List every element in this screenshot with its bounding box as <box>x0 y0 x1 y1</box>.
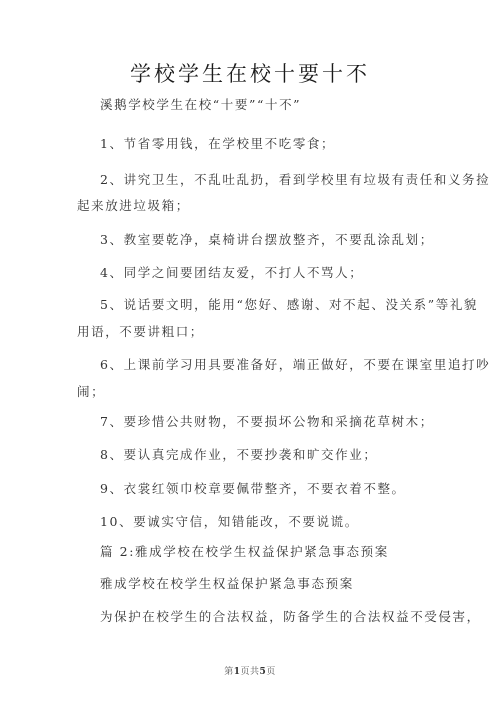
footer-suffix: 页 <box>266 667 276 677</box>
section2-heading: 篇 2:雅成学校在校学生权益保护紧急事态预案 <box>100 543 389 561</box>
list-item-3: 3、教室要乾净，桌椅讲台摆放整齐，不要乱涂乱划； <box>100 231 434 249</box>
footer-middle: 页共 <box>240 667 259 677</box>
list-item-4: 4、同学之间要团结友爱，不打人不骂人； <box>100 264 363 282</box>
section2-paragraph: 为保护在校学生的合法权益，防备学生的合法权益不受侵害， <box>100 608 481 626</box>
list-item-10: 10、要诚实守信，知错能改，不要说谎。 <box>100 513 359 531</box>
list-item-5: 5、说话要文明，能用“您好、感谢、对不起、没关系”等礼貌 <box>100 296 478 314</box>
list-item-5-continued: 用语，不要讲粗口； <box>77 323 204 341</box>
page-footer: 第1页共5页 <box>0 664 500 677</box>
list-item-7: 7、要珍惜公共财物，不要损坏公物和采摘花草树木； <box>100 413 434 431</box>
list-item-6: 6、上课前学习用具要准备好，端正做好，不要在课室里追打吵 <box>100 356 490 374</box>
list-item-6-continued: 闹； <box>77 383 105 401</box>
document-title: 学校学生在校十要十不 <box>0 59 500 89</box>
footer-prefix: 第 <box>224 667 234 677</box>
list-item-1: 1、节省零用钱，在学校里不吃零食； <box>100 135 335 153</box>
list-item-2-continued: 起来放进垃圾箱； <box>77 197 190 215</box>
list-item-9: 9、衣裳红领巾校章要佩带整齐，不要衣着不整。 <box>100 480 406 498</box>
list-item-8: 8、要认真完成作业，不要抄袭和旷交作业； <box>100 446 377 464</box>
subtitle: 溪鹅学校学生在校“十要”“十不” <box>100 96 301 114</box>
list-item-2: 2、讲究卫生，不乱吐乱扔，看到学校里有垃圾有责任和义务捡 <box>100 171 490 189</box>
section2-title: 雅成学校在校学生权益保护紧急事态预案 <box>100 575 354 593</box>
